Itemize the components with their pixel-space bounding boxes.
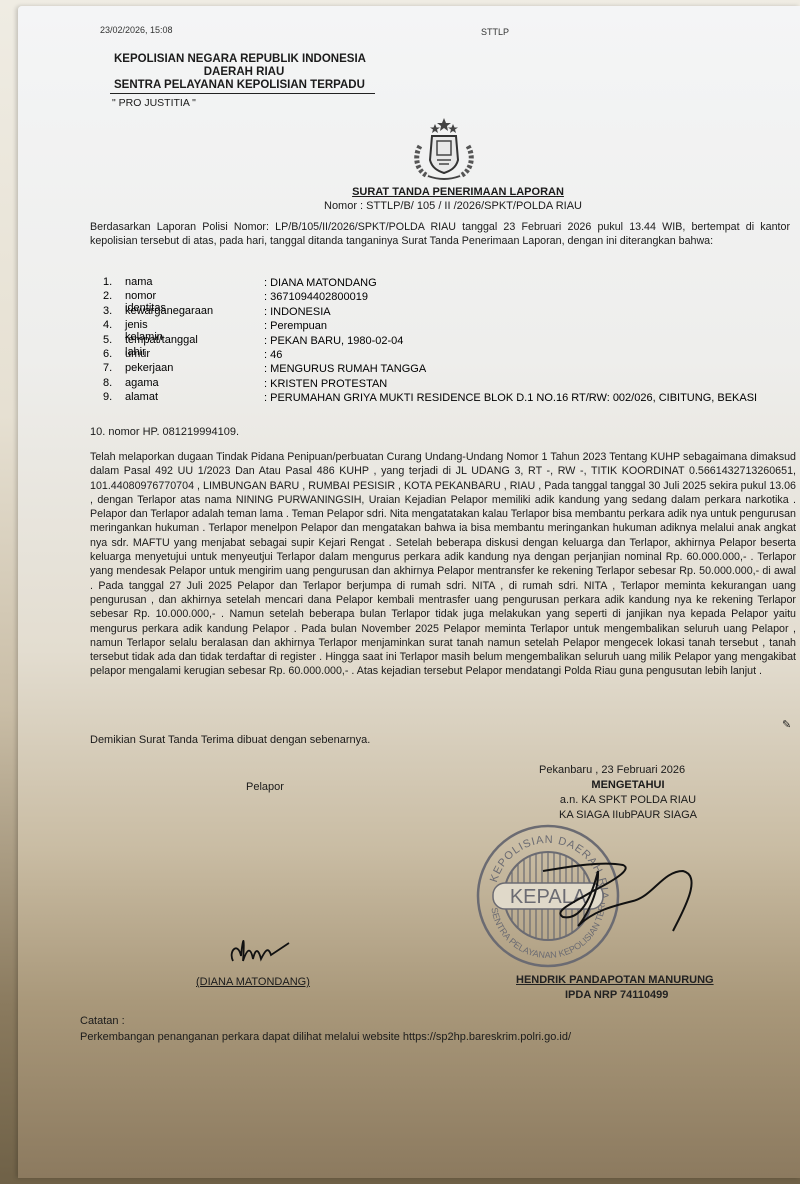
- field-number: 9.: [103, 391, 123, 403]
- header-divider: [110, 93, 375, 94]
- field-value: : PEKAN BARU, 1980-02-04: [264, 334, 774, 348]
- field-label: umur: [125, 348, 150, 360]
- field-label: alamat: [125, 391, 158, 403]
- field-label: agama: [125, 377, 159, 389]
- field-number: 1.: [103, 276, 123, 288]
- closing-statement: Demikian Surat Tanda Terima dibuat denga…: [90, 734, 370, 746]
- document-number: Nomor : STTLP/B/ 105 / II /2026/SPKT/POL…: [303, 200, 603, 212]
- document-title: SURAT TANDA PENERIMAAN LAPORAN: [318, 186, 598, 198]
- field-number: 4.: [103, 319, 123, 331]
- field-number: 2.: [103, 290, 123, 302]
- field-number: 6.: [103, 348, 123, 360]
- place-date: Pekanbaru , 23 Februari 2026: [539, 764, 685, 776]
- pen-mark: ✎: [782, 718, 791, 731]
- field-value: : DIANA MATONDANG: [264, 276, 774, 290]
- officer-signature: [533, 851, 713, 946]
- reporter-label: Pelapor: [246, 781, 284, 793]
- agency-line-3: SENTRA PELAYANAN KEPOLISIAN TERPADU: [114, 79, 365, 91]
- agency-line-1: KEPOLISIAN NEGARA REPUBLIK INDONESIA: [114, 53, 366, 65]
- officer-rank-nrp: IPDA NRP 74110499: [565, 989, 668, 1001]
- on-behalf-line: a.n. KA SPKT POLDA RIAU: [538, 794, 718, 806]
- notes-text: Perkembangan penanganan perkara dapat di…: [80, 1031, 571, 1043]
- field-value: : 3671094402800019: [264, 290, 774, 304]
- document-page: 23/02/2026, 15:08 STTLP KEPOLISIAN NEGAR…: [18, 6, 800, 1178]
- acknowledged-label: MENGETAHUI: [538, 779, 718, 791]
- field-number: 5.: [103, 334, 123, 346]
- agency-line-2: DAERAH RIAU: [114, 66, 374, 79]
- field-value: : 46: [264, 348, 774, 362]
- field-label: nama: [125, 276, 153, 288]
- agency-header: KEPOLISIAN NEGARA REPUBLIK INDONESIA DAE…: [114, 53, 374, 92]
- print-datetime: 23/02/2026, 15:08: [100, 25, 173, 35]
- reporter-signature: [223, 931, 293, 971]
- field-number: 7.: [103, 362, 123, 374]
- phone-number-line: 10. nomor HP. 081219994109.: [90, 426, 239, 438]
- officer-name: HENDRIK PANDAPOTAN MANURUNG: [516, 974, 714, 986]
- print-code: STTLP: [481, 27, 509, 37]
- notes-label: Catatan :: [80, 1015, 125, 1027]
- field-label: kewarganegaraan: [125, 305, 213, 317]
- field-value: : PERUMAHAN GRIYA MUKTI RESIDENCE BLOK D…: [264, 391, 774, 405]
- field-value: : KRISTEN PROTESTAN: [264, 377, 774, 391]
- police-emblem-icon: [406, 116, 482, 184]
- officer-position: KA SIAGA IIubPAUR SIAGA: [528, 809, 728, 821]
- reporter-name: (DIANA MATONDANG): [196, 976, 310, 988]
- field-number: 3.: [103, 305, 123, 317]
- report-body-paragraph: Telah melaporkan dugaan Tindak Pidana Pe…: [90, 450, 796, 679]
- field-value: : Perempuan: [264, 319, 774, 333]
- field-value: : INDONESIA: [264, 305, 774, 319]
- field-value: : MENGURUS RUMAH TANGGA: [264, 362, 774, 376]
- pro-justitia: " PRO JUSTITIA ": [112, 97, 196, 109]
- intro-paragraph: Berdasarkan Laporan Polisi Nomor: LP/B/1…: [90, 220, 790, 249]
- field-label: pekerjaan: [125, 362, 173, 374]
- field-number: 8.: [103, 377, 123, 389]
